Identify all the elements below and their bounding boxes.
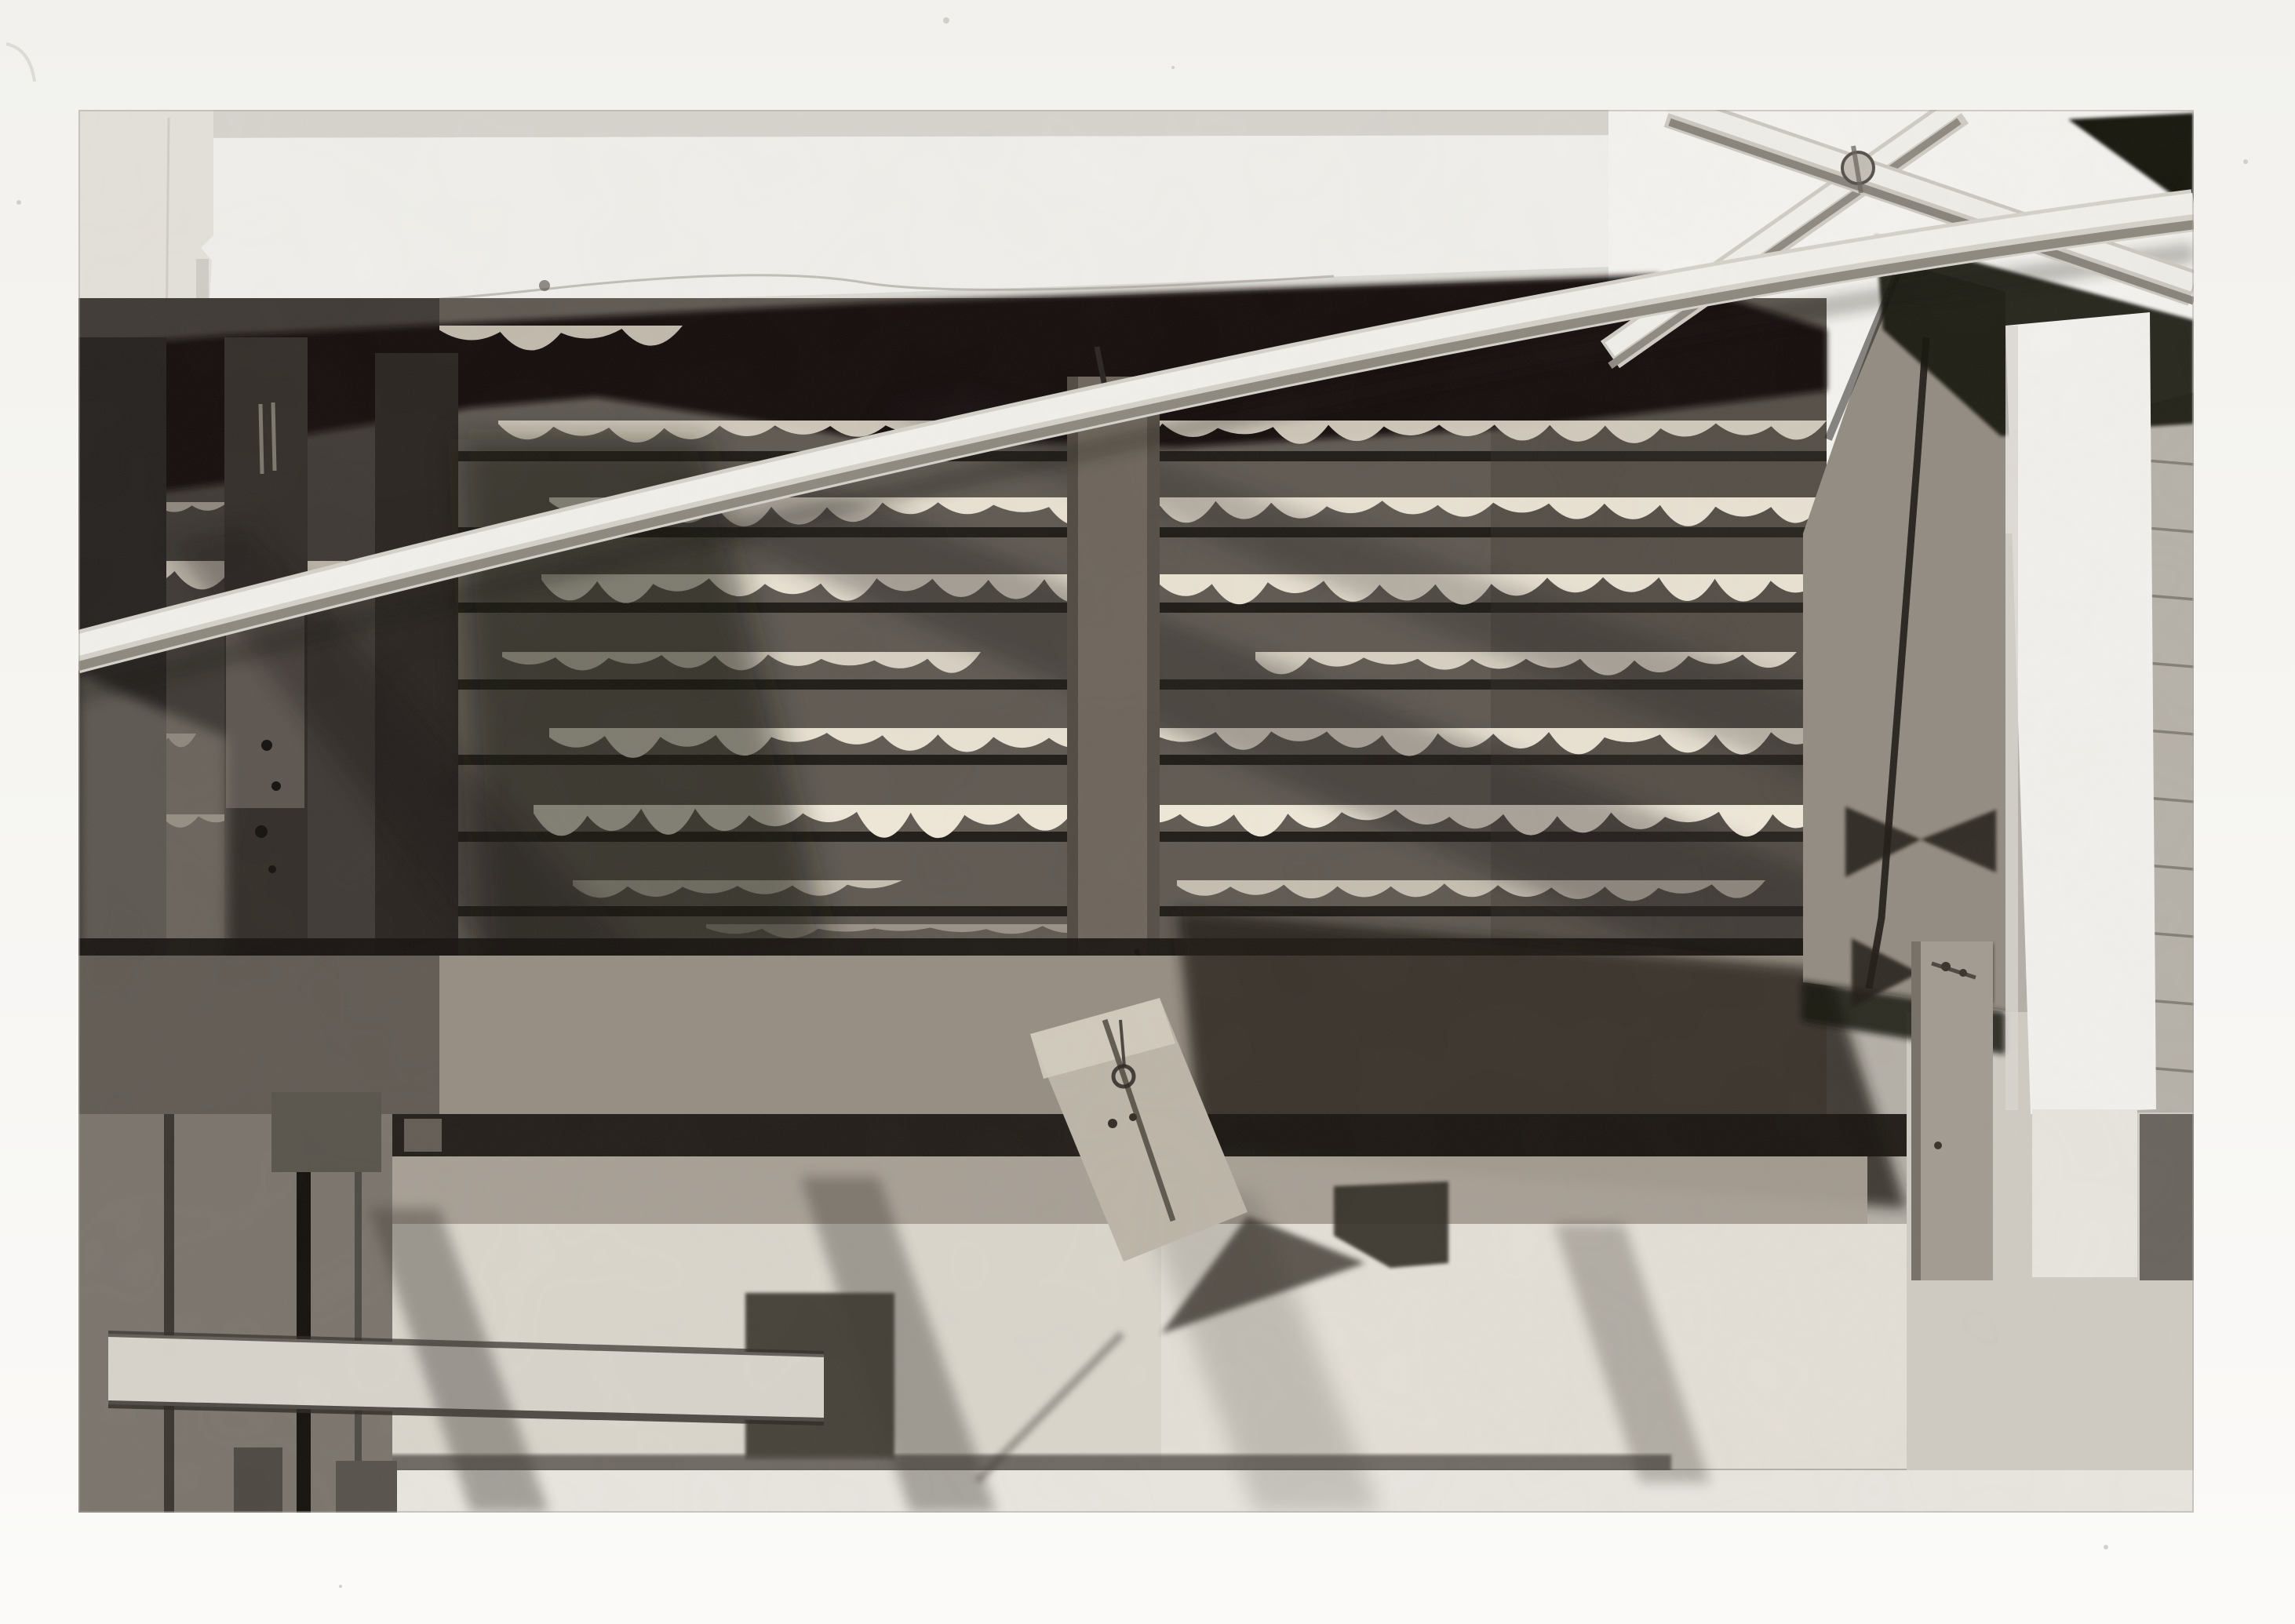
dust-speck [2243,159,2248,164]
dust-speck [1171,66,1175,69]
dust-speck [2104,1545,2108,1549]
dust-speck [16,200,21,205]
photo-image [75,104,2194,1513]
dust-speck [943,17,949,24]
dust-speck [339,1585,342,1588]
photo-canvas [0,0,2295,1624]
scanned-photo-page [0,0,2295,1624]
photo-film-grain [78,110,2194,1513]
photograph [0,0,2295,1624]
